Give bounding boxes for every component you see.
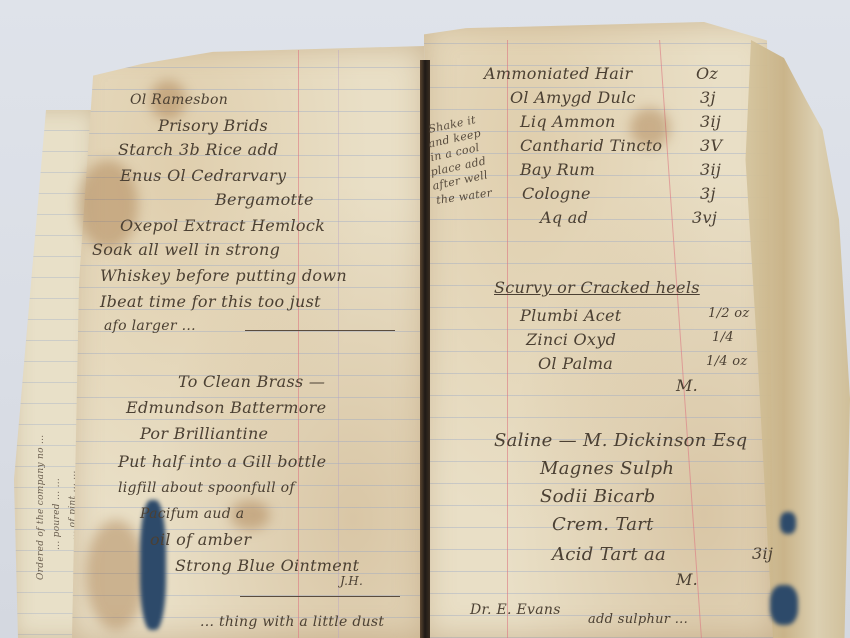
handwritten-line: Por Brilliantine	[140, 424, 268, 443]
handwritten-line: Starch 3b Rice add	[118, 140, 279, 159]
divider-rule	[245, 330, 395, 331]
blue-ink-spot	[780, 512, 796, 534]
handwritten-line: Crem. Tart	[552, 514, 654, 535]
handwritten-line: Zinci Oxyd	[526, 330, 616, 349]
divider-rule	[240, 596, 400, 597]
footer-note: add sulphur ...	[588, 612, 688, 627]
handwritten-line: Put half into a Gill bottle	[118, 452, 326, 471]
handwritten-line: Aq ad	[540, 208, 588, 227]
blue-ink-spot	[770, 585, 798, 625]
quantity: 1/2 oz	[708, 306, 750, 321]
handwritten-line: Prisory Brids	[158, 116, 268, 135]
handwritten-line: oil of amber	[150, 530, 251, 549]
initials: J.H.	[340, 574, 363, 588]
quantity: 1/4	[712, 330, 734, 345]
handwritten-line: Whiskey before putting down	[100, 266, 347, 285]
handwritten-line: Ol Palma	[538, 354, 613, 373]
quantity: 3j	[700, 184, 716, 203]
section-title: Scurvy or Cracked heels	[494, 278, 700, 297]
flap-text: ... poured ... ...	[52, 478, 62, 550]
handwritten-line: ligfill about spoonfull of	[118, 480, 295, 496]
flap-text: Ordered of the company no ...	[36, 435, 46, 580]
quantity: 3vj	[692, 208, 717, 227]
handwritten-line: Enus Ol Cedrarvary	[120, 166, 286, 185]
left-margin-line-2	[338, 50, 339, 638]
notebook-photo: Ordered of the company no ... ... poured…	[0, 0, 850, 638]
quantity: Oz	[696, 64, 718, 83]
quantity: 3j	[700, 88, 716, 107]
handwritten-line: Soak all well in strong	[92, 240, 280, 259]
handwritten-line: Strong Blue Ointment	[175, 556, 359, 575]
handwritten-line: Bay Rum	[520, 160, 595, 179]
stain	[86, 520, 146, 630]
handwritten-line: Bergamotte	[215, 190, 314, 209]
handwritten-line: Sodii Bicarb	[540, 486, 655, 507]
handwritten-line: Magnes Sulph	[540, 458, 674, 479]
handwritten-line: Ibeat time for this too just	[100, 292, 321, 311]
handwritten-line: Ammoniated Hair	[484, 64, 632, 83]
handwritten-line: afo larger ...	[104, 318, 196, 334]
handwritten-line: Edmundson Battermore	[126, 398, 326, 417]
signature-mark: M.	[676, 570, 698, 589]
quantity: 3ij	[700, 160, 721, 179]
quantity: 1/4 oz	[706, 354, 748, 369]
section-title: To Clean Brass —	[178, 372, 325, 391]
handwritten-line: Acid Tart aa	[552, 544, 666, 565]
handwritten-line: Ol Amygd Dulc	[510, 88, 636, 107]
handwritten-line: Pacifum aud a	[140, 506, 244, 522]
handwritten-line: ... thing with a little dust	[200, 614, 384, 630]
handwritten-line: Ol Ramesbon	[130, 92, 228, 108]
quantity: 3ij	[752, 544, 773, 563]
handwritten-line: Cologne	[522, 184, 591, 203]
handwritten-line: Plumbi Acet	[520, 306, 622, 325]
handwritten-line: Oxepol Extract Hemlock	[120, 216, 325, 235]
handwritten-line: Liq Ammon	[520, 112, 616, 131]
footer-note: Dr. E. Evans	[470, 602, 561, 618]
quantity: 3ij	[700, 112, 721, 131]
quantity: 3V	[700, 136, 722, 155]
handwritten-line: Saline — M. Dickinson Esq	[494, 430, 747, 451]
signature-mark: M.	[676, 376, 698, 395]
handwritten-line: Cantharid Tincto	[520, 136, 662, 155]
left-margin-line	[298, 50, 299, 638]
right-margin-line	[507, 40, 508, 638]
